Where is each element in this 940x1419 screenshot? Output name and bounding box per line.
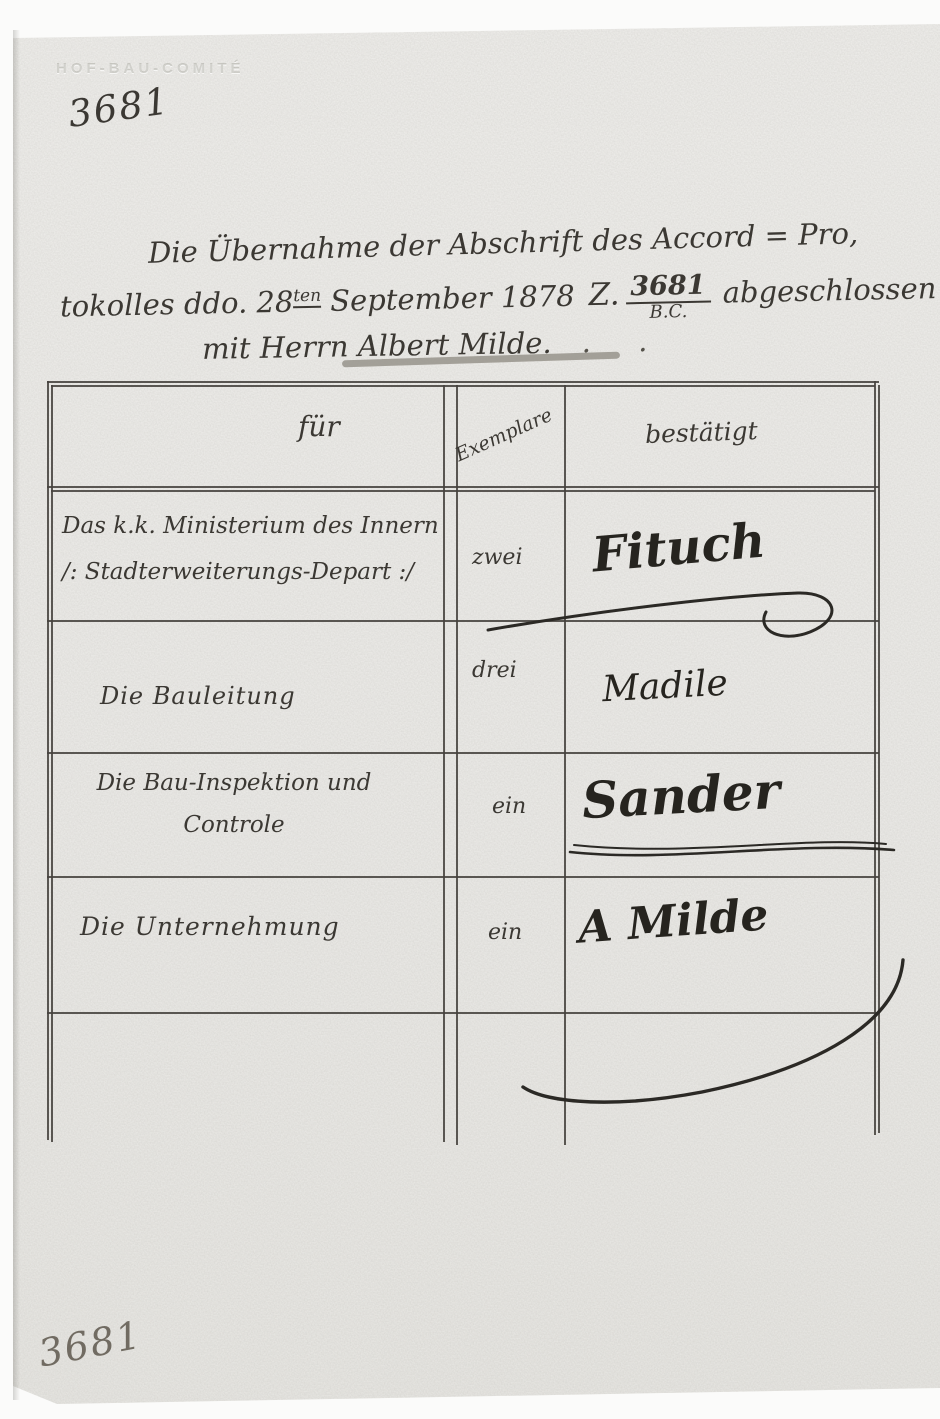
table-column1-divider-right <box>456 385 458 1145</box>
row4-copies: ein <box>488 920 522 945</box>
header-recipient: für <box>298 410 340 443</box>
table-border-right-inner <box>878 385 880 1133</box>
table-border-left-inner <box>51 385 53 1142</box>
row2-copies: drei <box>472 658 517 683</box>
intro-line3-start: mit Herrn <box>202 329 349 366</box>
table-row3-separator <box>47 876 879 878</box>
table-row1-separator <box>47 620 879 622</box>
table-column1-divider-left <box>443 385 445 1142</box>
reference-fraction-numerator: 3681 <box>625 272 711 305</box>
table-column2-divider <box>564 385 566 1145</box>
embossed-stamp: HOF-BAU-COMITÉ <box>56 60 244 77</box>
table-border-right-outer <box>874 381 876 1135</box>
row2-signature: Madile <box>601 663 729 711</box>
row1-copies: zwei <box>472 545 522 570</box>
intro-line2-start: tokolles ddo. 28 <box>60 285 294 324</box>
row3-copies: ein <box>492 794 526 819</box>
reference-fraction: 3681B.C. <box>625 272 711 324</box>
intro-line2-end: abgeschlossen <box>722 271 936 309</box>
table-header-separator-inner <box>51 490 875 492</box>
scanned-document: HOF-BAU-COMITÉ 3681 3681 Die Übernahme d… <box>0 0 940 1419</box>
table-border-left-outer <box>47 381 49 1140</box>
table-row2-separator <box>47 752 879 754</box>
table-row4-separator <box>47 1012 879 1014</box>
row1-recipient: Das k.k. Ministerium des Innern /: Stadt… <box>62 503 448 595</box>
intro-date-superscript: ten <box>293 285 321 308</box>
row3-signature: Sander <box>581 761 782 830</box>
table-border-top-inner <box>51 385 875 387</box>
header-confirmed: bestätigt <box>645 416 759 449</box>
row2-recipient: Die Bauleitung <box>100 682 296 710</box>
row4-recipient: Die Unternehmung <box>80 912 340 941</box>
reference-fraction-denominator: B.C. <box>626 303 712 324</box>
intro-line2-middle: September 1878 <box>330 279 575 318</box>
row3-recipient: Die Bau-Inspektion und Controle <box>66 762 402 846</box>
paper-edge-shadow <box>13 30 20 1400</box>
table-header-separator-outer <box>47 486 879 488</box>
intro-ref-letter: Z. <box>588 277 620 314</box>
table-border-top-outer <box>47 381 879 383</box>
